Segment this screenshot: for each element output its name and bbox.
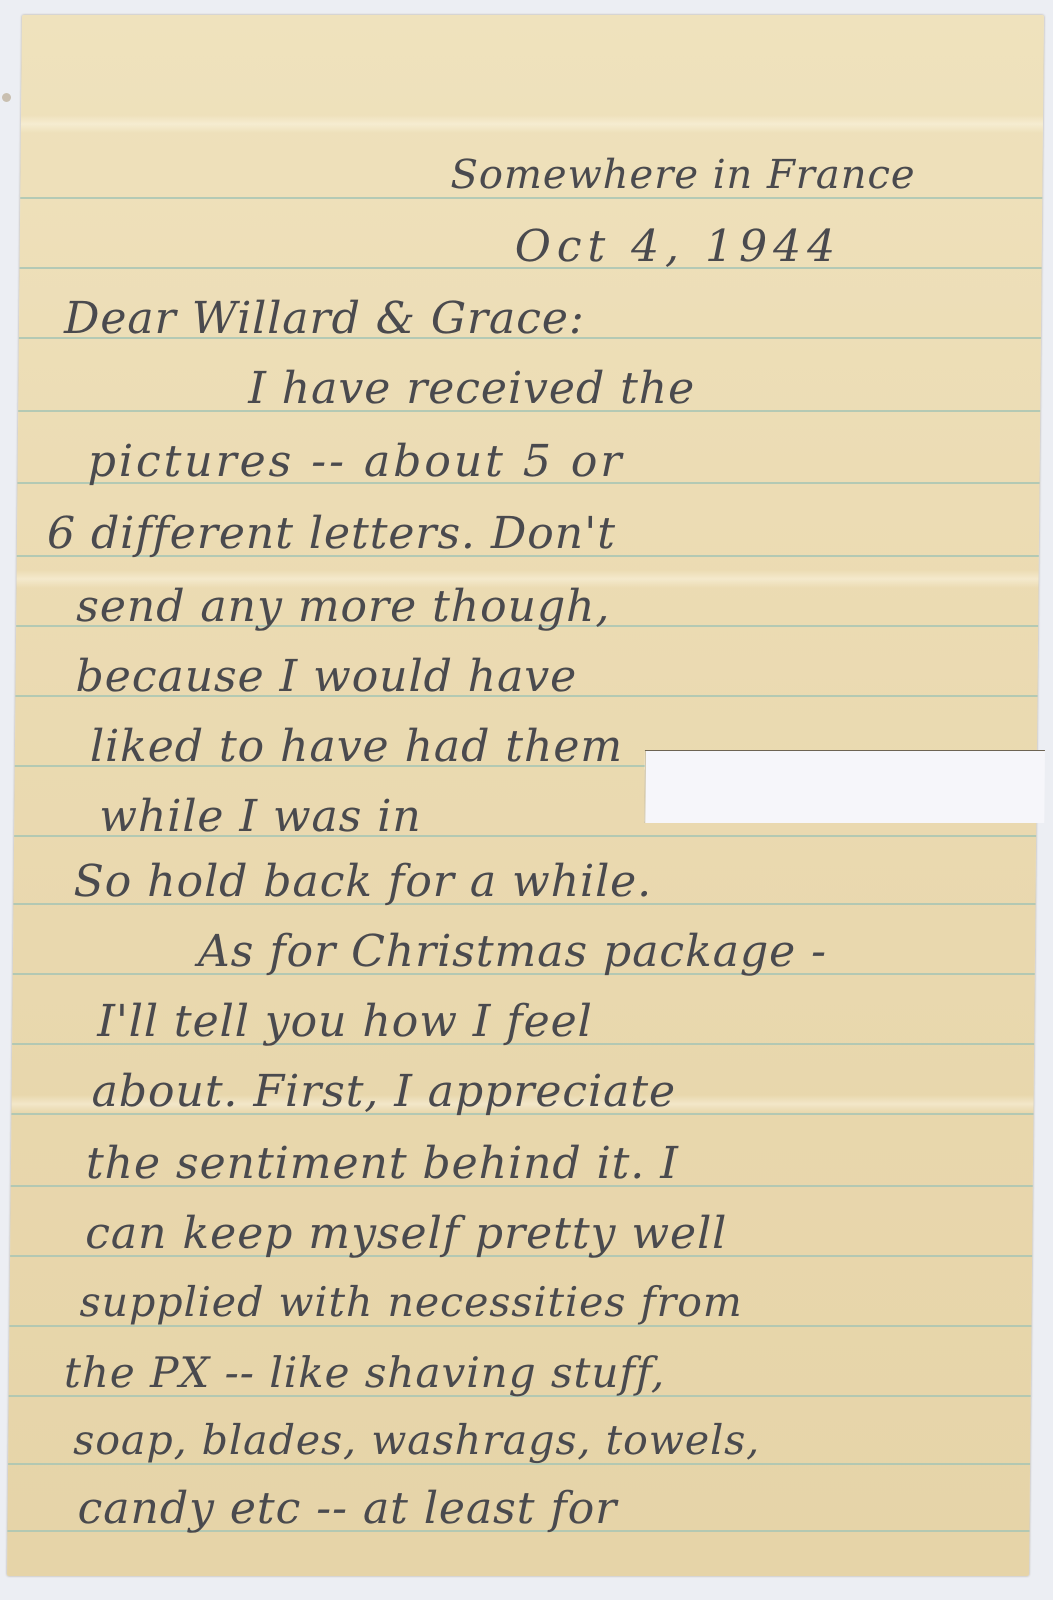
- letter-salutation: Dear Willard & Grace:: [64, 297, 585, 341]
- letter-body-line: about. First, I appreciate: [91, 1070, 676, 1114]
- letter-body-line: soap, blades, washrags, towels,: [73, 1420, 760, 1461]
- letter-body-line: I'll tell you how I feel: [97, 1000, 593, 1044]
- letter-body-line: 6 different letters. Don't: [47, 512, 616, 556]
- paper-fold: [21, 115, 1043, 133]
- letter-body-line: So hold back for a while.: [73, 860, 652, 904]
- letter-body-line: pictures -- about 5 or: [87, 440, 624, 484]
- letter-body-line: liked to have had them: [90, 725, 624, 769]
- letter-body-line: I have received the: [248, 367, 695, 411]
- letter-body-line: supplied with necessities from: [79, 1282, 743, 1323]
- letter-body-line: the PX -- like shaving stuff,: [64, 1352, 666, 1394]
- letter-body-line: while I was in: [99, 795, 422, 839]
- letter-body-line: can keep myself pretty well: [85, 1212, 727, 1256]
- letter-date: Oct 4, 1944: [515, 225, 842, 269]
- letter-body-line: candy etc -- at least for: [77, 1487, 617, 1531]
- letter-body-line: the sentiment behind it. I: [86, 1142, 679, 1186]
- censor-cutout: [644, 750, 1045, 823]
- letter-body-line: because I would have: [75, 655, 577, 699]
- letter-body-line: send any more though,: [76, 585, 611, 629]
- letter-body-line: As for Christmas package -: [198, 930, 827, 974]
- paper-speck: [2, 93, 11, 102]
- letter-place: Somewhere in France: [450, 155, 915, 195]
- letter-sheet: Somewhere in France Oct 4, 1944 Dear Wil…: [7, 15, 1044, 1576]
